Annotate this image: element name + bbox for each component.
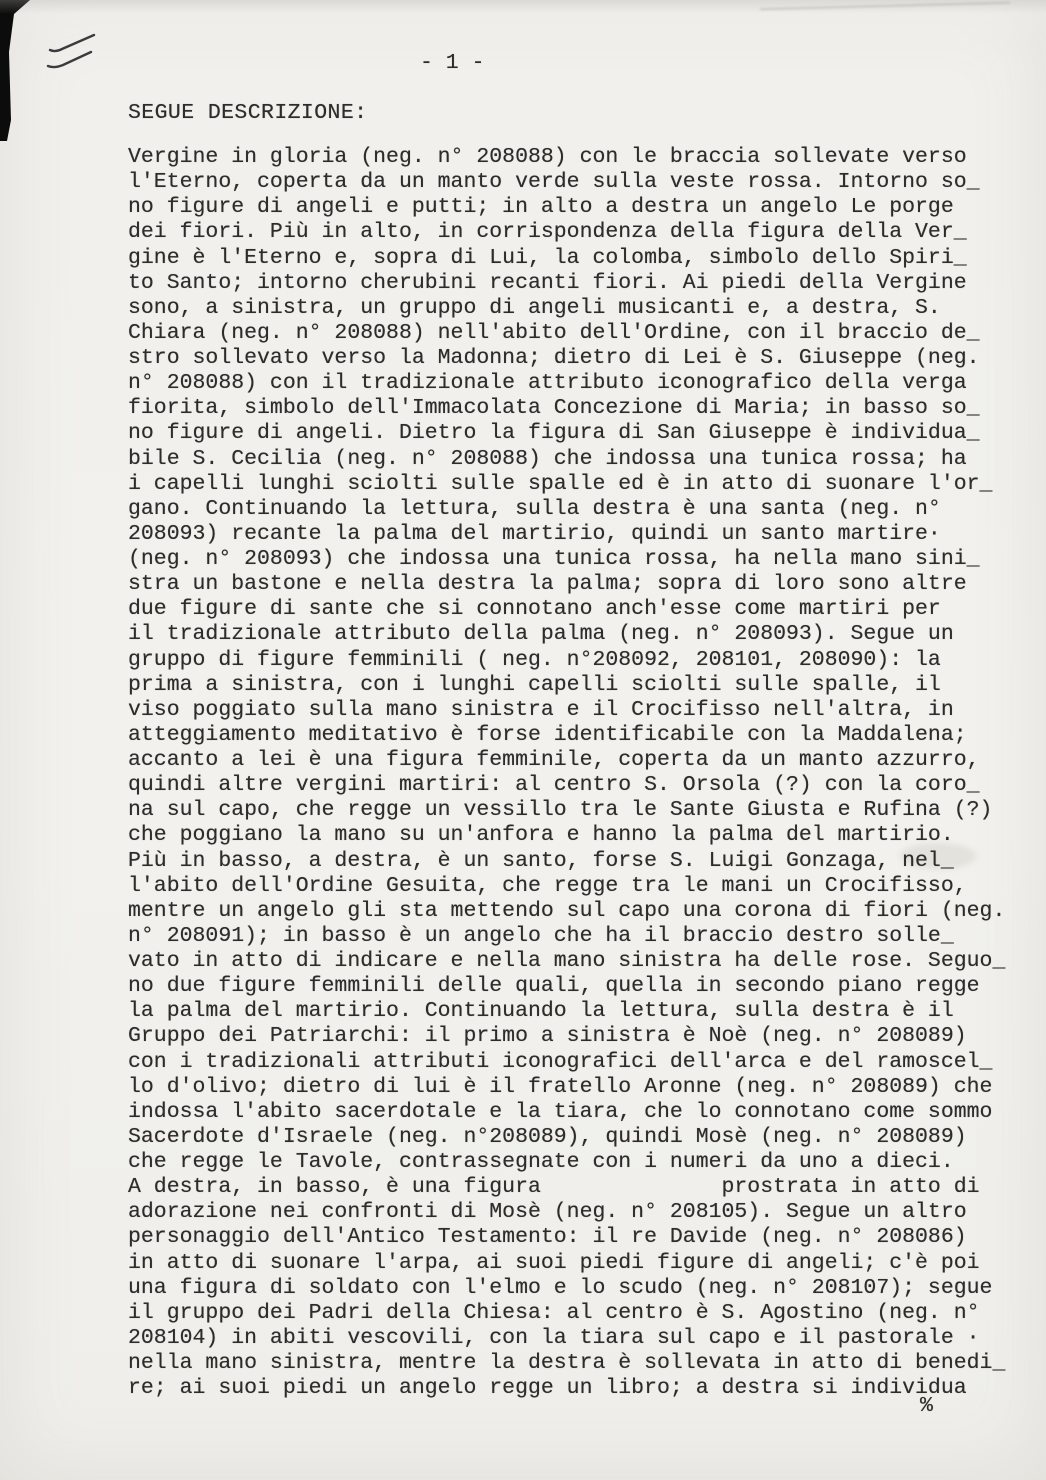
text-line: il tradizionale attributo della palma (n… xyxy=(128,622,1033,647)
text-line: re; ai suoi piedi un angelo regge un lib… xyxy=(128,1376,1033,1401)
text-line: l'Eterno, coperta da un manto verde sull… xyxy=(128,170,1033,195)
document-body: Vergine in gloria (neg. n° 208088) con l… xyxy=(128,145,1033,1401)
scanned-document-page: - 1 - SEGUE DESCRIZIONE: Vergine in glor… xyxy=(0,0,1046,1480)
text-line: to Santo; intorno cherubini recanti fior… xyxy=(128,271,1033,296)
text-line: Chiara (neg. n° 208088) nell'abito dell'… xyxy=(128,321,1033,346)
text-line: il gruppo dei Padri della Chiesa: al cen… xyxy=(128,1301,1033,1326)
text-line: A destra, in basso, è una figura prostra… xyxy=(128,1175,1033,1200)
text-line: personaggio dell'Antico Testamento: il r… xyxy=(128,1225,1033,1250)
text-line: fiorita, simbolo dell'Immacolata Concezi… xyxy=(128,396,1033,421)
scan-top-shadow xyxy=(0,0,1046,14)
text-line: (neg. n° 208093) che indossa una tunica … xyxy=(128,547,1033,572)
text-line: due figure di sante che si connotano anc… xyxy=(128,597,1033,622)
text-line: i capelli lunghi sciolti sulle spalle ed… xyxy=(128,472,1033,497)
text-line: la palma del martirio. Continuando la le… xyxy=(128,999,1033,1024)
text-line: accanto a lei è una figura femminile, co… xyxy=(128,748,1033,773)
text-line: gine è l'Eterno e, sopra di Lui, la colo… xyxy=(128,246,1033,271)
text-line: nella mano sinistra, mentre la destra è … xyxy=(128,1351,1033,1376)
text-line: sono, a sinistra, un gruppo di angeli mu… xyxy=(128,296,1033,321)
text-line: stro sollevato verso la Madonna; dietro … xyxy=(128,346,1033,371)
text-line: n° 208088) con il tradizionale attributo… xyxy=(128,371,1033,396)
text-line: stra un bastone e nella destra la palma;… xyxy=(128,572,1033,597)
text-line: gruppo di figure femminili ( neg. n°2080… xyxy=(128,648,1033,673)
text-line: gano. Continuando la lettura, sulla dest… xyxy=(128,497,1033,522)
text-line: atteggiamento meditativo è forse identif… xyxy=(128,723,1033,748)
text-line: dei fiori. Più in alto, in corrispondenz… xyxy=(128,220,1033,245)
text-line: vato in atto di indicare e nella mano si… xyxy=(128,949,1033,974)
text-line: no figure di angeli. Dietro la figura di… xyxy=(128,421,1033,446)
text-line: na sul capo, che regge un vessillo tra l… xyxy=(128,798,1033,823)
text-line: adorazione nei confronti di Mosè (neg. n… xyxy=(128,1200,1033,1225)
text-line: quindi altre vergini martiri: al centro … xyxy=(128,773,1033,798)
text-line: n° 208091); in basso è un angelo che ha … xyxy=(128,924,1033,949)
continuation-mark: % xyxy=(920,1394,933,1419)
text-line: 208093) recante la palma del martirio, q… xyxy=(128,522,1033,547)
scan-edge-artifact xyxy=(0,0,34,142)
text-line: Vergine in gloria (neg. n° 208088) con l… xyxy=(128,145,1033,170)
text-line: no due figure femminili delle quali, que… xyxy=(128,974,1033,999)
text-line: Più in basso, a destra, è un santo, fors… xyxy=(128,849,1033,874)
text-line: no figure di angeli e putti; in alto a d… xyxy=(128,195,1033,220)
page-number: - 1 - xyxy=(420,51,485,76)
text-line: viso poggiato sulla mano sinistra e il C… xyxy=(128,698,1033,723)
text-line: indossa l'abito sacerdotale e la tiara, … xyxy=(128,1100,1033,1125)
text-line: che poggiano la mano su un'anfora e hann… xyxy=(128,823,1033,848)
text-line: Sacerdote d'Israele (neg. n°208089), qui… xyxy=(128,1125,1033,1150)
text-line: 208104) in abiti vescovili, con la tiara… xyxy=(128,1326,1033,1351)
document-heading: SEGUE DESCRIZIONE: xyxy=(128,101,367,126)
text-line: una figura di soldato con l'elmo e lo sc… xyxy=(128,1276,1033,1301)
text-line: mentre un angelo gli sta mettendo sul ca… xyxy=(128,899,1033,924)
text-line: l'abito dell'Ordine Gesuita, che regge t… xyxy=(128,874,1033,899)
text-line: che regge le Tavole, contrassegnate con … xyxy=(128,1150,1033,1175)
text-line: Gruppo dei Patriarchi: il primo a sinist… xyxy=(128,1024,1033,1049)
handwritten-tally-mark-icon xyxy=(42,26,112,74)
text-line: con i tradizionali attributi iconografic… xyxy=(128,1050,1033,1075)
text-line: lo d'olivo; dietro di lui è il fratello … xyxy=(128,1075,1033,1100)
text-line: in atto di suonare l'arpa, ai suoi piedi… xyxy=(128,1251,1033,1276)
text-line: bile S. Cecilia (neg. n° 208088) che ind… xyxy=(128,447,1033,472)
text-line: prima a sinistra, con i lunghi capelli s… xyxy=(128,673,1033,698)
